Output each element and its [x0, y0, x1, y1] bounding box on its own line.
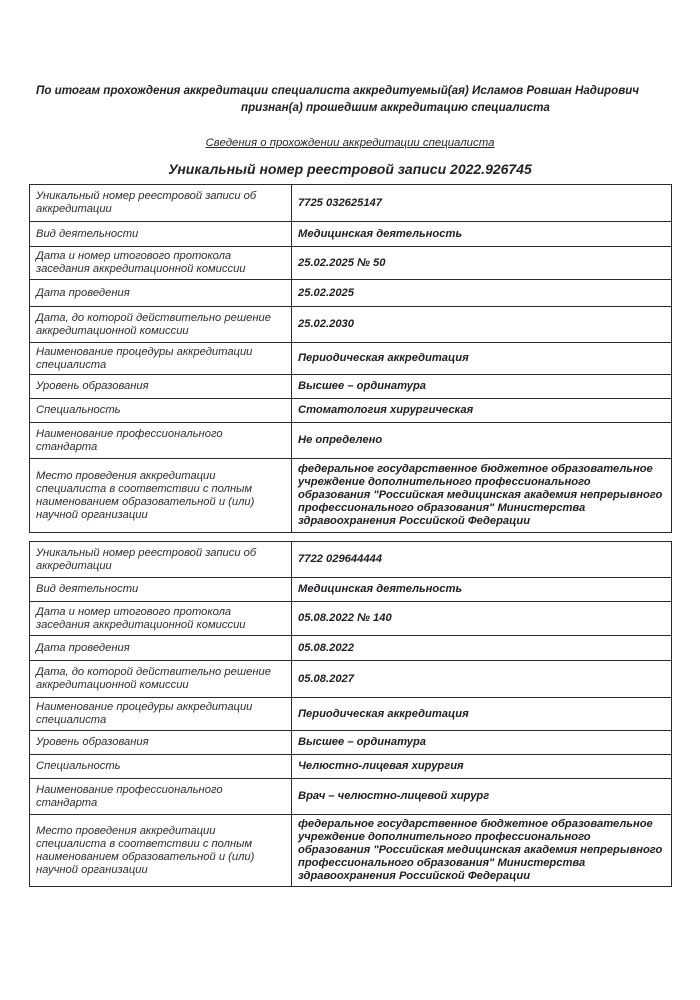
row-label: Дата, до которой действительно решение а… — [30, 307, 292, 343]
row-label: Дата, до которой действительно решение а… — [30, 661, 292, 698]
table-row: Вид деятельностиМедицинская деятельность — [30, 222, 672, 247]
table-row: Дата, до которой действительно решение а… — [30, 307, 672, 343]
row-value: 7725 032625147 — [292, 185, 672, 222]
intro-line-1: По итогам прохождения аккредитации специ… — [36, 82, 666, 99]
row-value: Челюстно-лицевая хирургия — [292, 755, 672, 779]
table-row: Наименование процедуры аккредитации спец… — [30, 343, 672, 375]
table-row: СпециальностьСтоматология хирургическая — [30, 399, 672, 423]
row-label: Уровень образования — [30, 375, 292, 399]
section-subtitle: Сведения о прохождении аккредитации спец… — [0, 137, 700, 149]
record-title: Уникальный номер реестровой записи 2022.… — [0, 161, 700, 177]
row-value: Медицинская деятельность — [292, 222, 672, 247]
table-row: Уникальный номер реестровой записи об ак… — [30, 185, 672, 222]
row-value: Высшее – ординатура — [292, 731, 672, 755]
row-label: Вид деятельности — [30, 222, 292, 247]
row-value: федеральное государственное бюджетное об… — [292, 459, 672, 533]
table-row: Наименование процедуры аккредитации спец… — [30, 698, 672, 731]
row-value: Периодическая аккредитация — [292, 698, 672, 731]
row-value: 25.02.2025 — [292, 280, 672, 307]
table-row: СпециальностьЧелюстно-лицевая хирургия — [30, 755, 672, 779]
row-value: 05.08.2027 — [292, 661, 672, 698]
row-value: 25.02.2030 — [292, 307, 672, 343]
row-label: Уровень образования — [30, 731, 292, 755]
row-label: Вид деятельности — [30, 578, 292, 602]
table-row: Дата и номер итогового протокола заседан… — [30, 247, 672, 280]
row-value: Не определено — [292, 423, 672, 459]
row-label: Дата и номер итогового протокола заседан… — [30, 247, 292, 280]
row-value: 7722 029644444 — [292, 542, 672, 578]
table-row: Место проведения аккредитации специалист… — [30, 815, 672, 887]
row-value: Периодическая аккредитация — [292, 343, 672, 375]
row-label: Уникальный номер реестровой записи об ак… — [30, 542, 292, 578]
row-label: Уникальный номер реестровой записи об ак… — [30, 185, 292, 222]
row-label: Наименование профессионального стандарта — [30, 423, 292, 459]
table-row: Уровень образованияВысшее – ординатура — [30, 731, 672, 755]
table-row: Уровень образованияВысшее – ординатура — [30, 375, 672, 399]
table-row: Наименование профессионального стандарта… — [30, 423, 672, 459]
intro-statement: По итогам прохождения аккредитации специ… — [36, 82, 666, 116]
table-row: Дата проведения25.02.2025 — [30, 280, 672, 307]
table-row: Место проведения аккредитации специалист… — [30, 459, 672, 533]
row-label: Дата и номер итогового протокола заседан… — [30, 602, 292, 636]
row-label: Дата проведения — [30, 636, 292, 661]
table-row: Наименование профессионального стандарта… — [30, 779, 672, 815]
row-label: Специальность — [30, 755, 292, 779]
row-label: Место проведения аккредитации специалист… — [30, 459, 292, 533]
row-value: 05.08.2022 № 140 — [292, 602, 672, 636]
table-row: Уникальный номер реестровой записи об ак… — [30, 542, 672, 578]
intro-line-2: признан(а) прошедшим аккредитацию специа… — [36, 99, 666, 116]
row-value: Врач – челюстно-лицевой хирург — [292, 779, 672, 815]
row-label: Наименование процедуры аккредитации спец… — [30, 343, 292, 375]
row-value: Стоматология хирургическая — [292, 399, 672, 423]
table-row: Дата, до которой действительно решение а… — [30, 661, 672, 698]
accreditation-table-1: Уникальный номер реестровой записи об ак… — [29, 184, 672, 533]
accreditation-table-2: Уникальный номер реестровой записи об ак… — [29, 541, 672, 887]
row-label: Специальность — [30, 399, 292, 423]
row-label: Место проведения аккредитации специалист… — [30, 815, 292, 887]
row-value: Высшее – ординатура — [292, 375, 672, 399]
table-row: Вид деятельностиМедицинская деятельность — [30, 578, 672, 602]
row-label: Дата проведения — [30, 280, 292, 307]
row-value: Медицинская деятельность — [292, 578, 672, 602]
table-row: Дата и номер итогового протокола заседан… — [30, 602, 672, 636]
row-label: Наименование процедуры аккредитации спец… — [30, 698, 292, 731]
row-value: федеральное государственное бюджетное об… — [292, 815, 672, 887]
table-row: Дата проведения05.08.2022 — [30, 636, 672, 661]
row-label: Наименование профессионального стандарта — [30, 779, 292, 815]
row-value: 05.08.2022 — [292, 636, 672, 661]
row-value: 25.02.2025 № 50 — [292, 247, 672, 280]
